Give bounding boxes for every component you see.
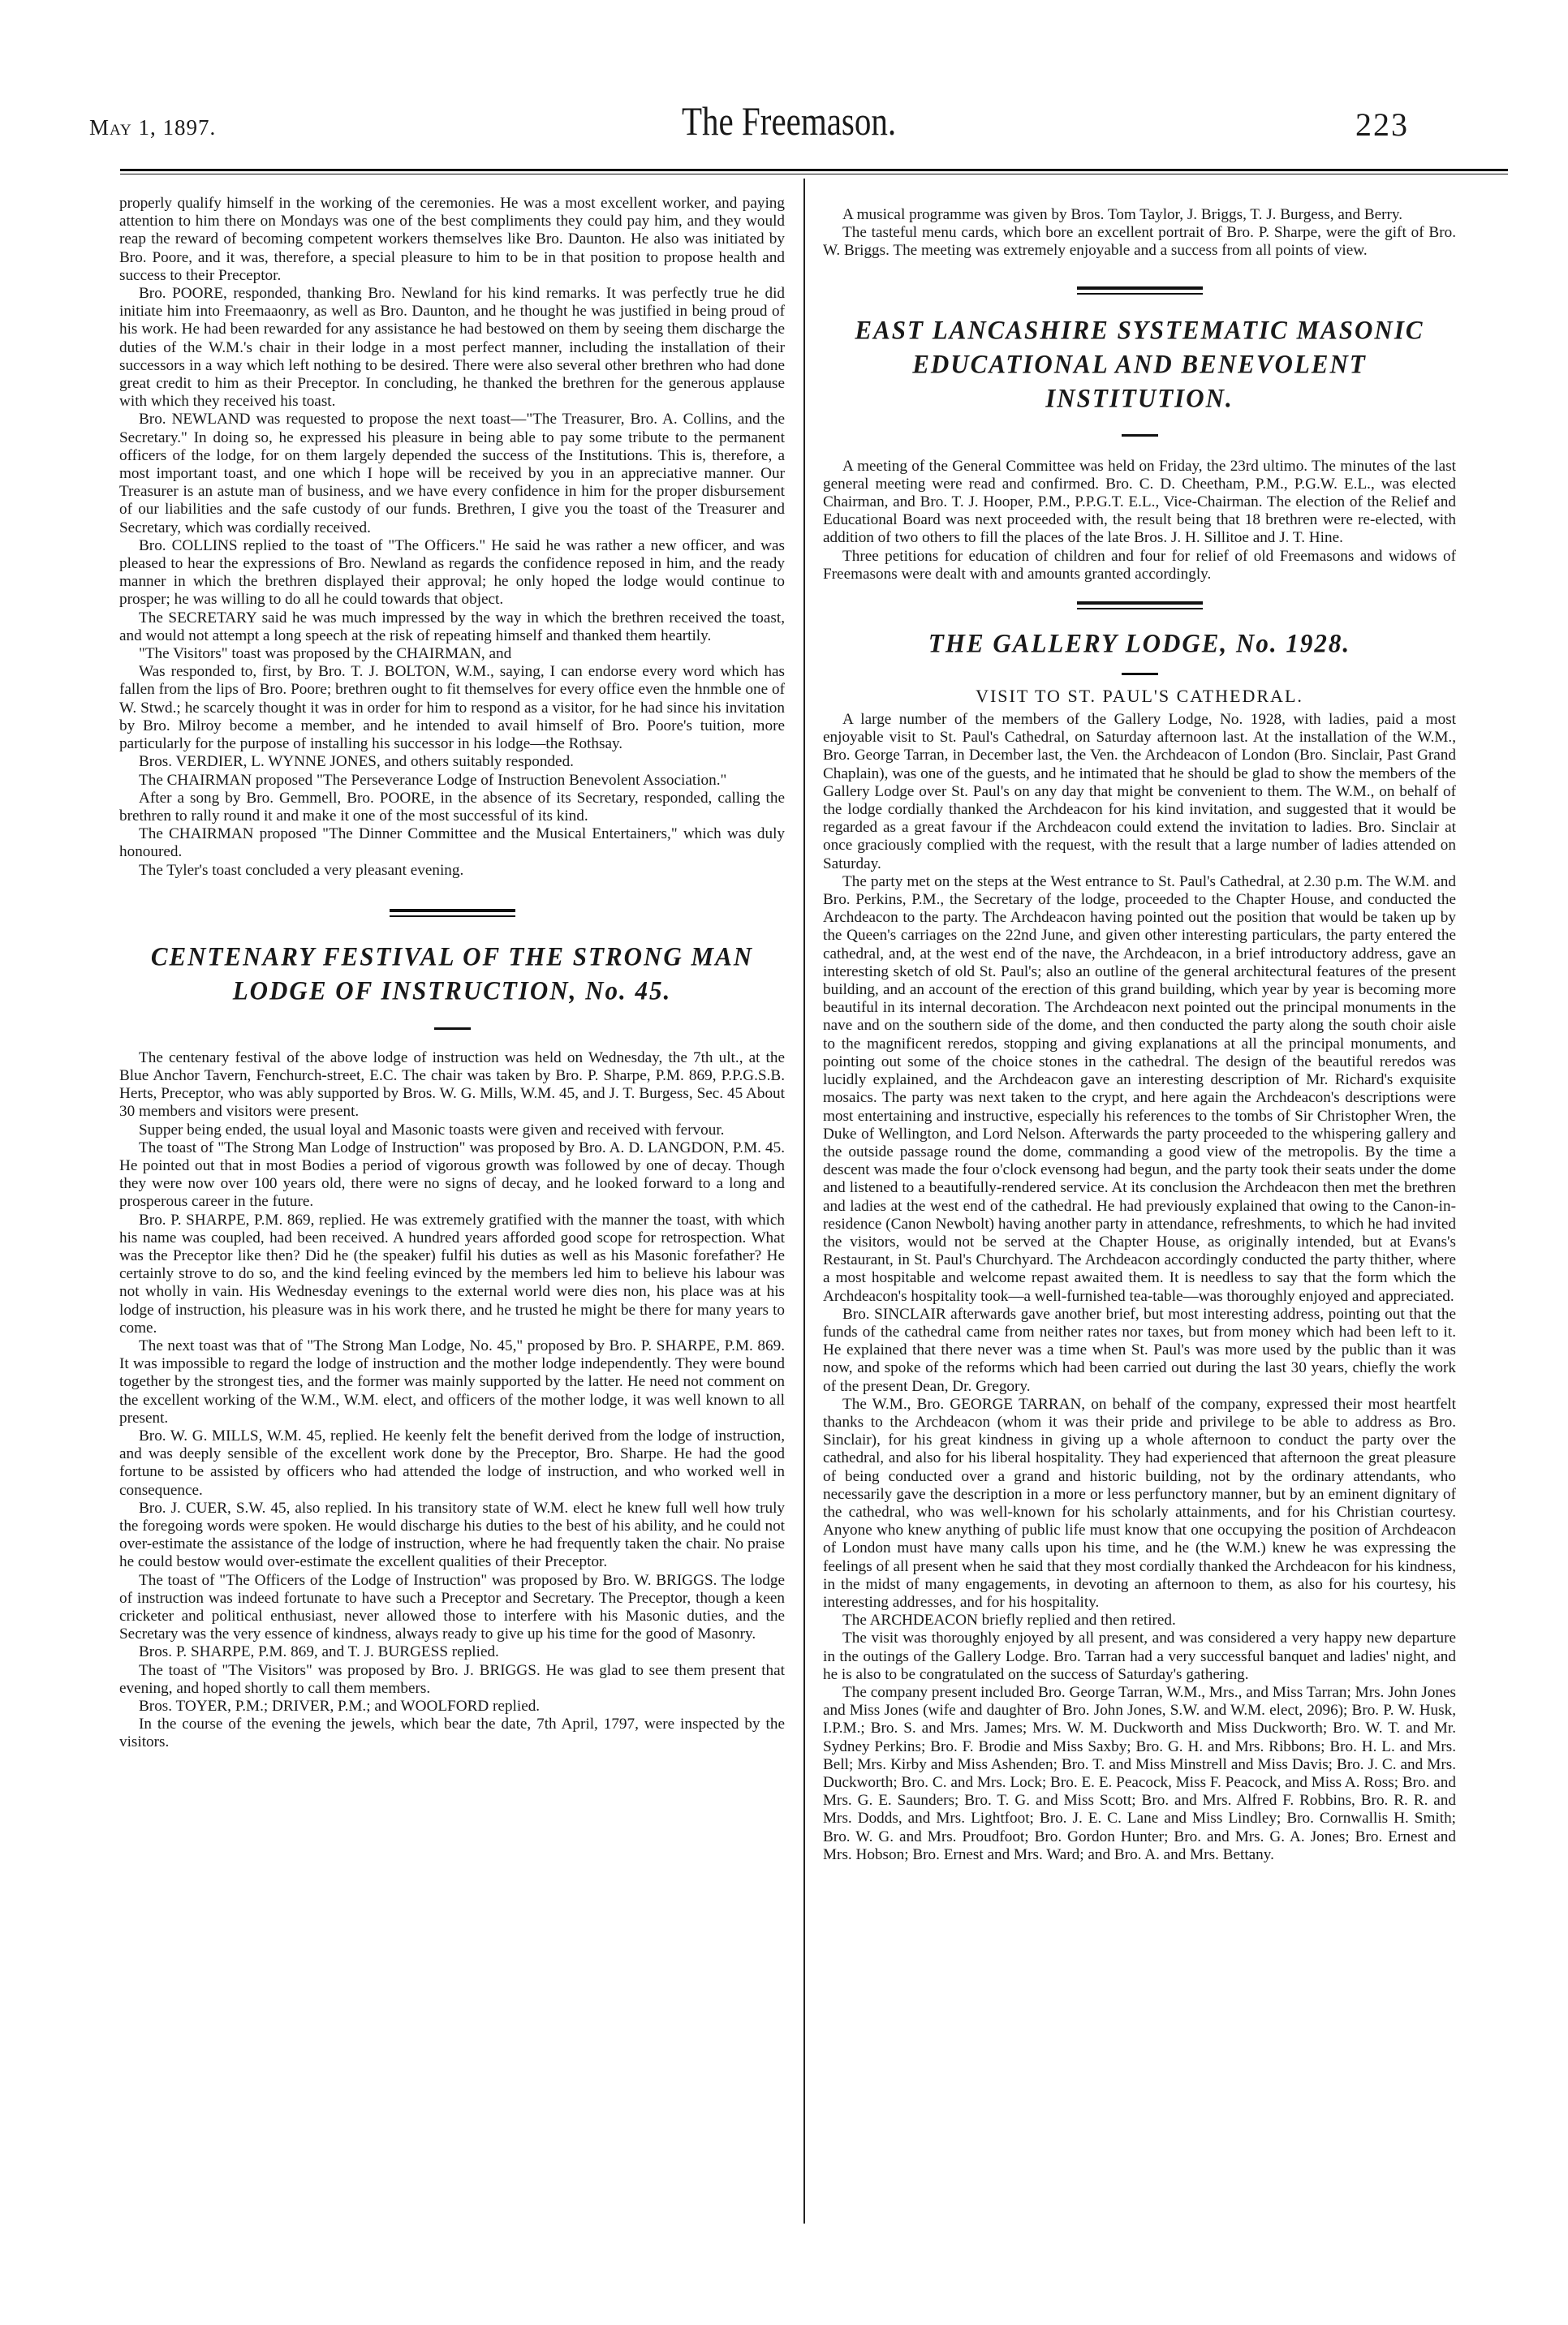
paragraph: properly qualify himself in the working … — [119, 195, 785, 285]
paragraph: After a song by Bro. Gemmell, Bro. POORE… — [119, 790, 785, 825]
article-gallery-lodge: The Gallery Lodge, No. 1928. Visit to St… — [823, 627, 1456, 1864]
paragraph: A musical programme was given by Bros. T… — [823, 206, 1456, 224]
paragraph: Bros. TOYER, P.M.; DRIVER, P.M.; and WOO… — [119, 1698, 785, 1716]
paragraph: Bro. SINCLAIR afterwards gave another br… — [823, 1306, 1456, 1396]
newspaper-title: The Freemason. — [682, 97, 896, 144]
paragraph: Bros. P. SHARPE, P.M. 869, and T. J. BUR… — [119, 1643, 785, 1661]
paragraph: Bro. W. G. MILLS, W.M. 45, replied. He k… — [119, 1427, 785, 1500]
paragraph: Was responded to, first, by Bro. T. J. B… — [119, 663, 785, 753]
article-headline: East Lancashire Systematic Masonic Educa… — [823, 313, 1456, 415]
paragraph: The next toast was that of "The Strong M… — [119, 1337, 785, 1427]
paragraph: The W.M., Bro. GEORGE TARRAN, on behalf … — [823, 1396, 1456, 1612]
paragraph: The visit was thoroughly enjoyed by all … — [823, 1630, 1456, 1684]
paragraph: The centenary festival of the above lodg… — [119, 1049, 785, 1122]
paragraph: The party met on the steps at the West e… — [823, 873, 1456, 1306]
article-subheadline: Visit to St. Paul's Cathedral. — [823, 685, 1456, 708]
header-rule-thick — [120, 169, 1508, 171]
section-divider — [1077, 286, 1203, 295]
paragraph: Bros. VERDIER, L. WYNNE JONES, and other… — [119, 753, 785, 771]
header-rule-thin — [120, 174, 1508, 174]
headline-line-2: Educational and Benevolent Institution. — [912, 349, 1367, 413]
page-number: 223 — [1355, 105, 1409, 144]
paragraph: "The Visitors" toast was proposed by the… — [119, 645, 785, 663]
article-headline: Centenary Festival of the Strong Man Lod… — [119, 940, 785, 1008]
headline-line-1: East Lancashire Systematic Masonic — [855, 315, 1424, 345]
paragraph: Three petitions for education of childre… — [823, 548, 1456, 583]
paragraph: The Tyler's toast concluded a very pleas… — [119, 862, 785, 880]
paragraph: The tasteful menu cards, which bore an e… — [823, 224, 1456, 260]
paragraph: The SECRETARY said he was much impressed… — [119, 609, 785, 645]
column-divider — [803, 179, 805, 2224]
paragraph: Bro. POORE, responded, thanking Bro. New… — [119, 285, 785, 411]
paragraph: Bro. J. CUER, S.W. 45, also replied. In … — [119, 1500, 785, 1572]
right-column: A musical programme was given by Bros. T… — [823, 195, 1456, 1864]
paragraph: The toast of "The Visitors" was proposed… — [119, 1662, 785, 1698]
section-divider — [1077, 601, 1203, 609]
issue-date: May 1, 1897. — [89, 115, 216, 140]
headline-text: The Gallery Lodge, — [928, 628, 1228, 658]
paragraph: The toast of "The Strong Man Lodge of In… — [119, 1139, 785, 1212]
headline-number: No. 1928. — [1236, 628, 1350, 658]
article-centenary-festival: Centenary Festival of the Strong Man Lod… — [119, 941, 785, 1752]
paragraph: The company present included Bro. George… — [823, 1684, 1456, 1864]
left-column: properly qualify himself in the working … — [119, 195, 785, 1752]
paragraph: Supper being ended, the usual loyal and … — [119, 1122, 785, 1139]
paragraph: In the course of the evening the jewels,… — [119, 1716, 785, 1751]
section-divider — [390, 909, 515, 917]
paragraph: The toast of "The Officers of the Lodge … — [119, 1572, 785, 1644]
paragraph: Bro. NEWLAND was requested to propose th… — [119, 411, 785, 536]
paragraph: Bro. P. SHARPE, P.M. 869, replied. He wa… — [119, 1212, 785, 1337]
paragraph: A meeting of the General Committee was h… — [823, 458, 1456, 548]
article-headline: The Gallery Lodge, No. 1928. — [823, 626, 1456, 661]
continued-article: properly qualify himself in the working … — [119, 195, 785, 880]
headline-number: No. 45. — [585, 975, 671, 1005]
paragraph: The CHAIRMAN proposed "The Perseverance … — [119, 772, 785, 790]
paragraph: A large number of the members of the Gal… — [823, 711, 1456, 873]
continued-article: A musical programme was given by Bros. T… — [823, 206, 1456, 260]
masthead-row: May 1, 1897. The Freemason. 223 — [89, 97, 1510, 146]
headline-line-2: Lodge of Instruction, — [233, 975, 578, 1005]
paragraph: Bro. COLLINS replied to the toast of "Th… — [119, 537, 785, 609]
article-east-lancashire: East Lancashire Systematic Masonic Educa… — [823, 316, 1456, 583]
paragraph: The ARCHDEACON briefly replied and then … — [823, 1612, 1456, 1630]
paragraph: The CHAIRMAN proposed "The Dinner Commit… — [119, 825, 785, 861]
headline-line-1: Centenary Festival of the Strong Man — [151, 941, 753, 971]
